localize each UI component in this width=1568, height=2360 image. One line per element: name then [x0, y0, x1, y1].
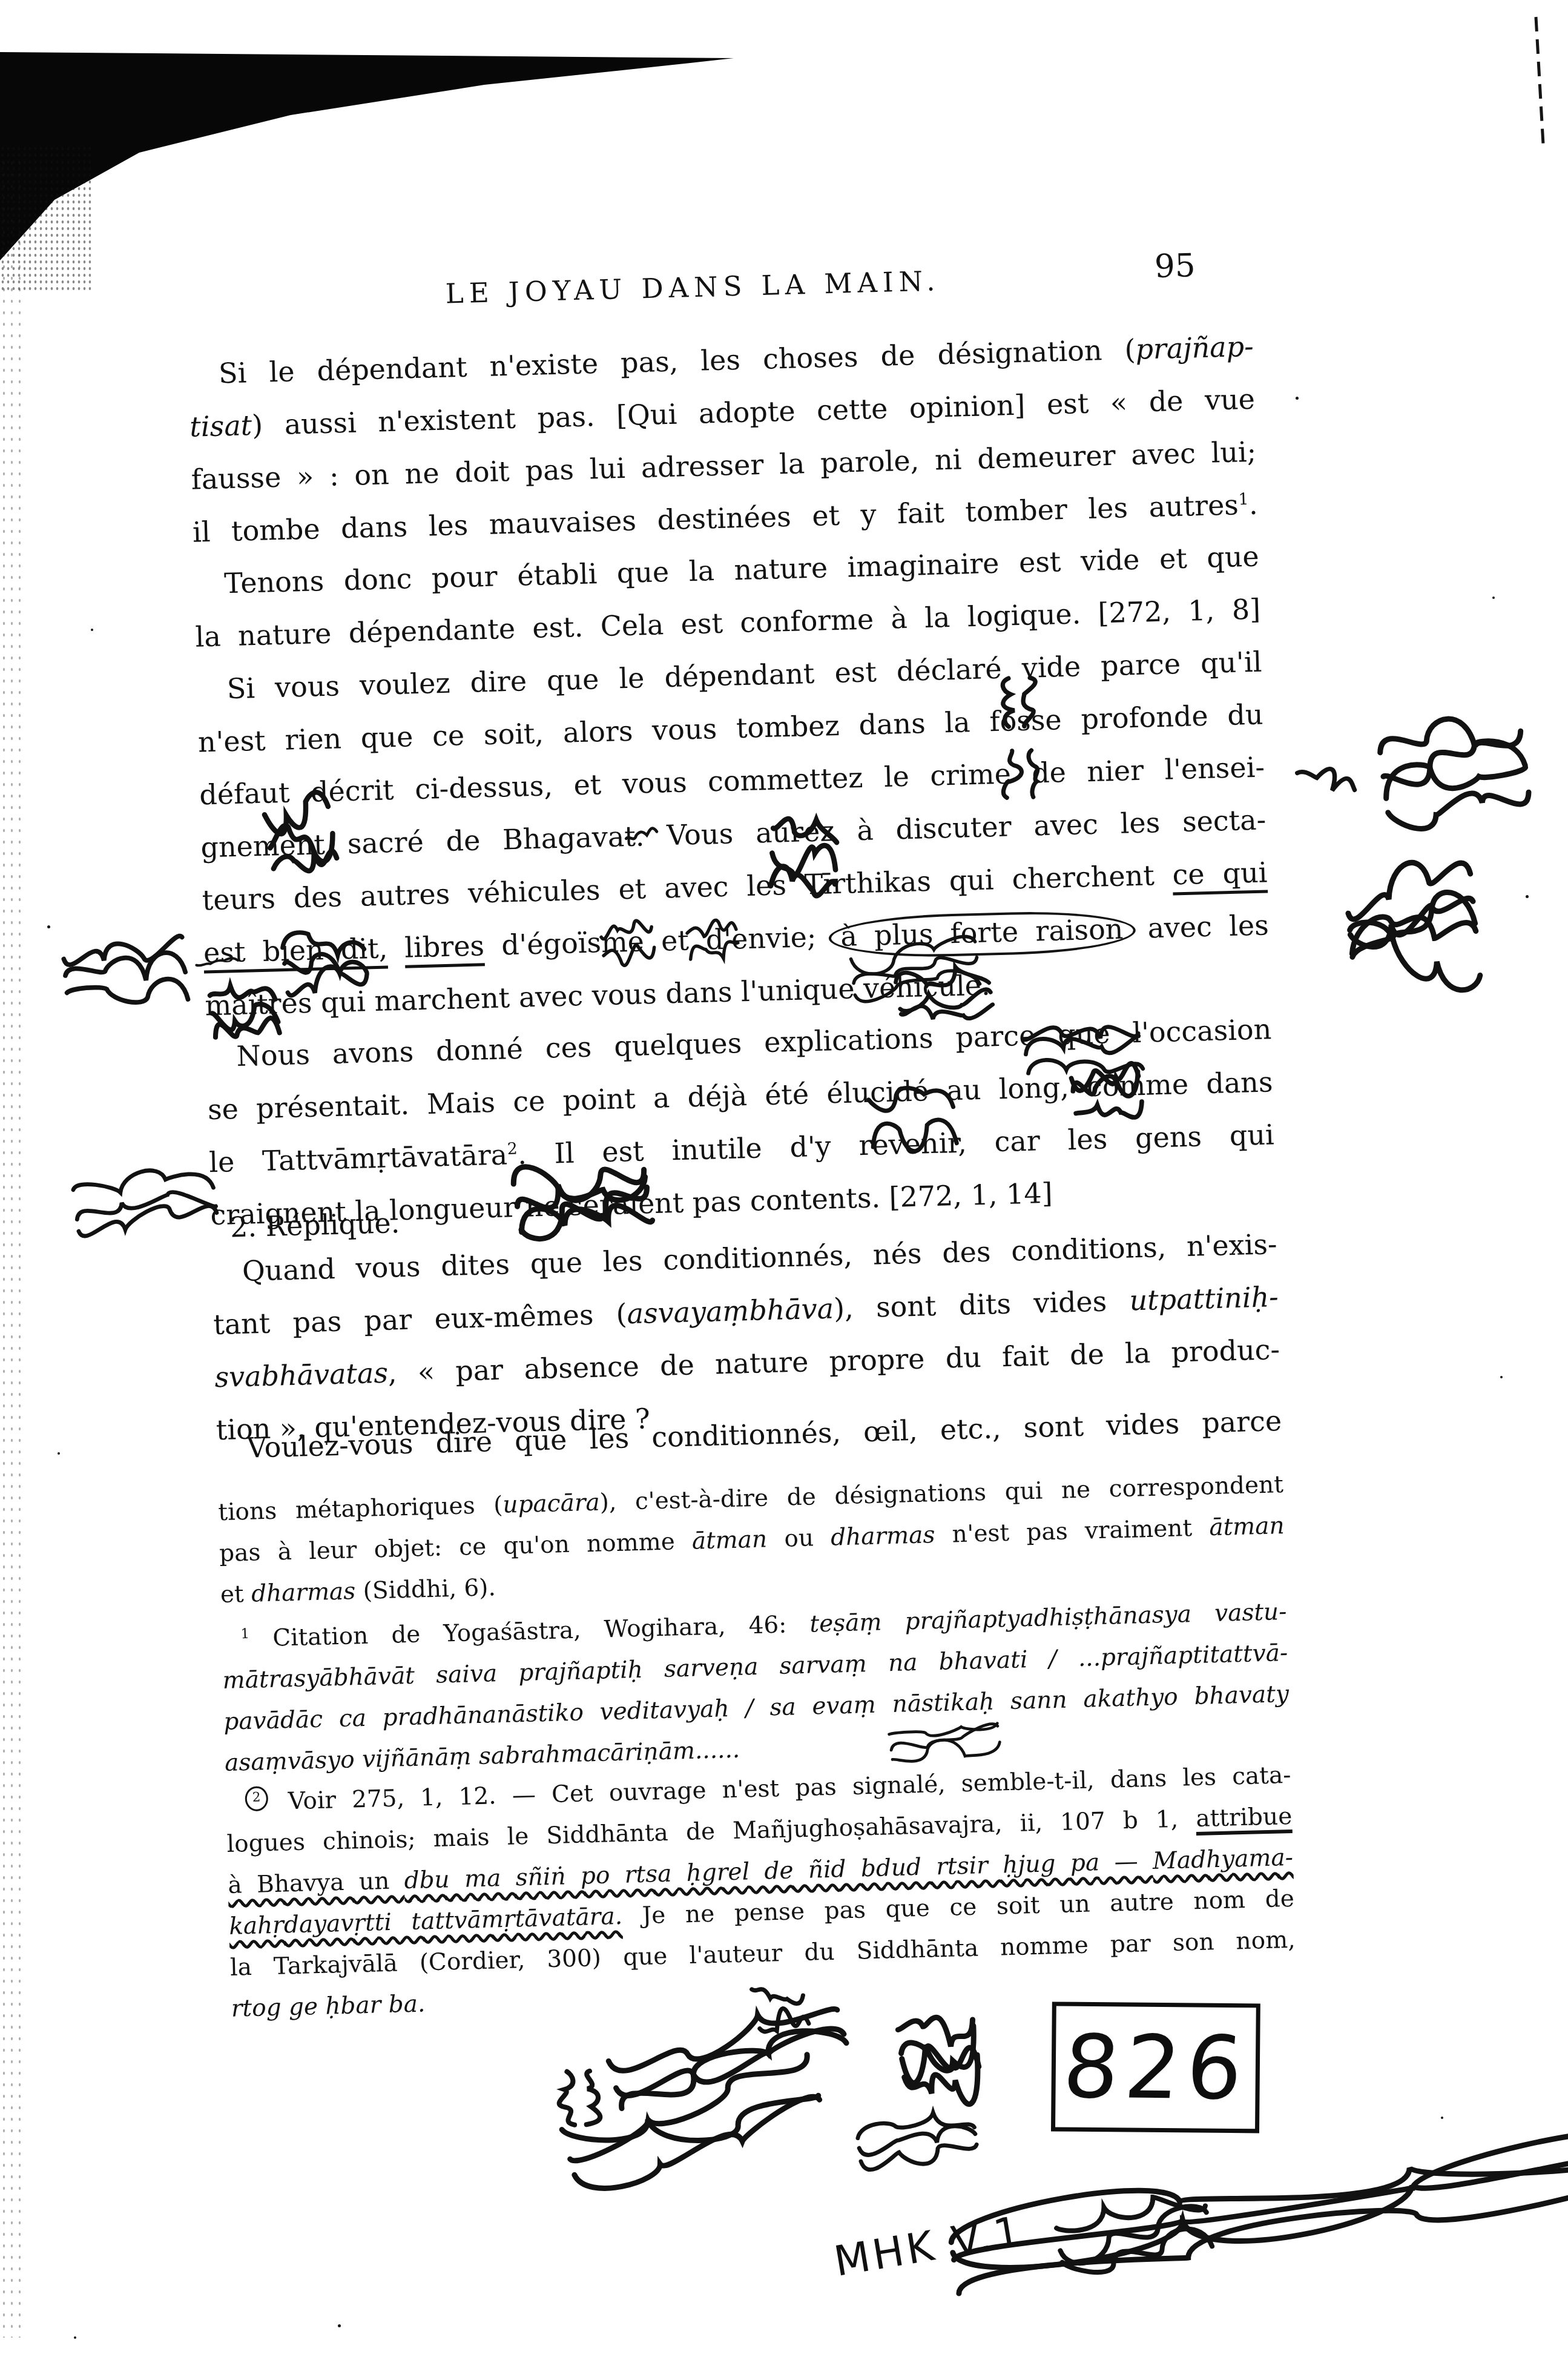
text-run: tisat — [189, 409, 252, 443]
hw-tibetan-long — [917, 2103, 1568, 2311]
text-run: à plus forte raison — [828, 909, 1136, 959]
text-run: Madhyama- — [1152, 1844, 1293, 1875]
text-run: Citation de Yogaśāstra, Wogihara, 46: — [249, 1611, 810, 1653]
text-run: asvayaṃbhāva — [627, 1292, 834, 1330]
text-run: (Siddhi, 6). — [355, 1574, 496, 1605]
page-number: 95 — [1154, 247, 1196, 285]
running-title: LE JOYAU DANS LA MAIN. — [445, 265, 941, 309]
text-run: n'est pas vraiment — [935, 1514, 1210, 1549]
text-run: teṣāṃ prajñaptyadhiṣṭhānasya vastu- — [809, 1598, 1287, 1638]
hw-margin-hosshi — [58, 933, 193, 1006]
text-run: tions métaphoriques ( — [218, 1492, 503, 1526]
scan-edge-line-artifact — [1536, 17, 1543, 144]
text-run: libres — [404, 929, 485, 964]
text-run: d'égoïsme et d'envie; — [484, 920, 834, 962]
hw-inter-vous — [598, 917, 659, 968]
paragraph-1: Si le dépendant n'existe pas, les choses… — [188, 320, 1259, 559]
text-run: 2. Réplique. — [229, 1206, 400, 1243]
hw-margin-shujin — [206, 979, 284, 1051]
footnote-1: 1 Citation de Yogaśāstra, Wogihara, 46: … — [221, 1592, 1291, 1784]
text-run: . — [1248, 488, 1258, 521]
text-run: 2 — [245, 1786, 268, 1811]
footnote-continuation: tions métaphoriques (upacāra), c'est-à-d… — [218, 1464, 1286, 1616]
text-run: 1 — [1238, 490, 1249, 509]
hw-zenshu — [893, 2006, 986, 2106]
hw-inter-fosse — [997, 673, 1039, 732]
hw-fuyo — [865, 1084, 960, 1148]
text-run: le Tattvāmṛtāvatāra — [209, 1138, 508, 1178]
text-run: utpattiniḥ- — [1129, 1280, 1279, 1317]
hw-right-bosha — [1371, 713, 1536, 823]
text-run: asaṃvāsyo vijñānāṃ sabrahmacāriṇām...... — [225, 1736, 740, 1777]
hw-margin-kyo — [261, 798, 341, 875]
hw-replique-left — [67, 1168, 223, 1240]
hw-inter-fosse-2 — [1004, 745, 1043, 802]
text-run: rtog ge ḥbar ba. — [231, 1990, 426, 2022]
text-run: — — [1099, 1848, 1153, 1876]
hw-right-zensei — [1340, 869, 1486, 988]
text-run: à Bhavya un — [228, 1867, 404, 1899]
text-run: 2 — [507, 1140, 518, 1159]
hw-right-pointer-stroke — [1277, 755, 1360, 836]
hw-contents-mark — [1067, 1054, 1147, 1124]
text-run: kahṛdayavṛtti tattvāmṛtāvatāra. — [229, 1903, 623, 1940]
scan-speckle-corner — [0, 145, 91, 291]
text-run: attribue — [1196, 1803, 1293, 1833]
hw-box-826: 826 — [1051, 2001, 1260, 2133]
text-run: pas à leur objet: ce qu'on nomme — [219, 1528, 693, 1567]
text-run: dharmas — [831, 1521, 935, 1551]
text-run: ātman — [1209, 1512, 1285, 1541]
text-run: upacāra — [502, 1489, 600, 1519]
scan-speckle-edge — [0, 157, 22, 2338]
hw-shikashi — [851, 2106, 984, 2176]
scanned-page: LE JOYAU DANS LA MAIN. 95 Si le dépendan… — [179, 0, 1305, 2359]
text-run: ou — [767, 1524, 831, 1553]
text-run: ātman — [691, 1525, 767, 1555]
text-run — [387, 931, 405, 965]
text-run: ce qui — [1172, 856, 1268, 891]
hw-inter-libres — [278, 931, 372, 999]
text-run: avec les — [1130, 908, 1270, 945]
text-run: ), sont dits vides — [833, 1284, 1130, 1325]
hw-box-826-text: 826 — [1059, 2016, 1252, 2120]
text-run: svabhāvatas — [214, 1357, 389, 1393]
hw-inter-nier — [768, 823, 840, 894]
hw-inter-dans — [684, 919, 742, 968]
text-run: tant pas par eux-mêmes ( — [213, 1297, 628, 1341]
text-run: et — [220, 1581, 251, 1608]
text-run: dharmas — [251, 1578, 356, 1607]
text-run: prajñap- — [1135, 330, 1254, 366]
text-run: 1 — [240, 1626, 249, 1642]
